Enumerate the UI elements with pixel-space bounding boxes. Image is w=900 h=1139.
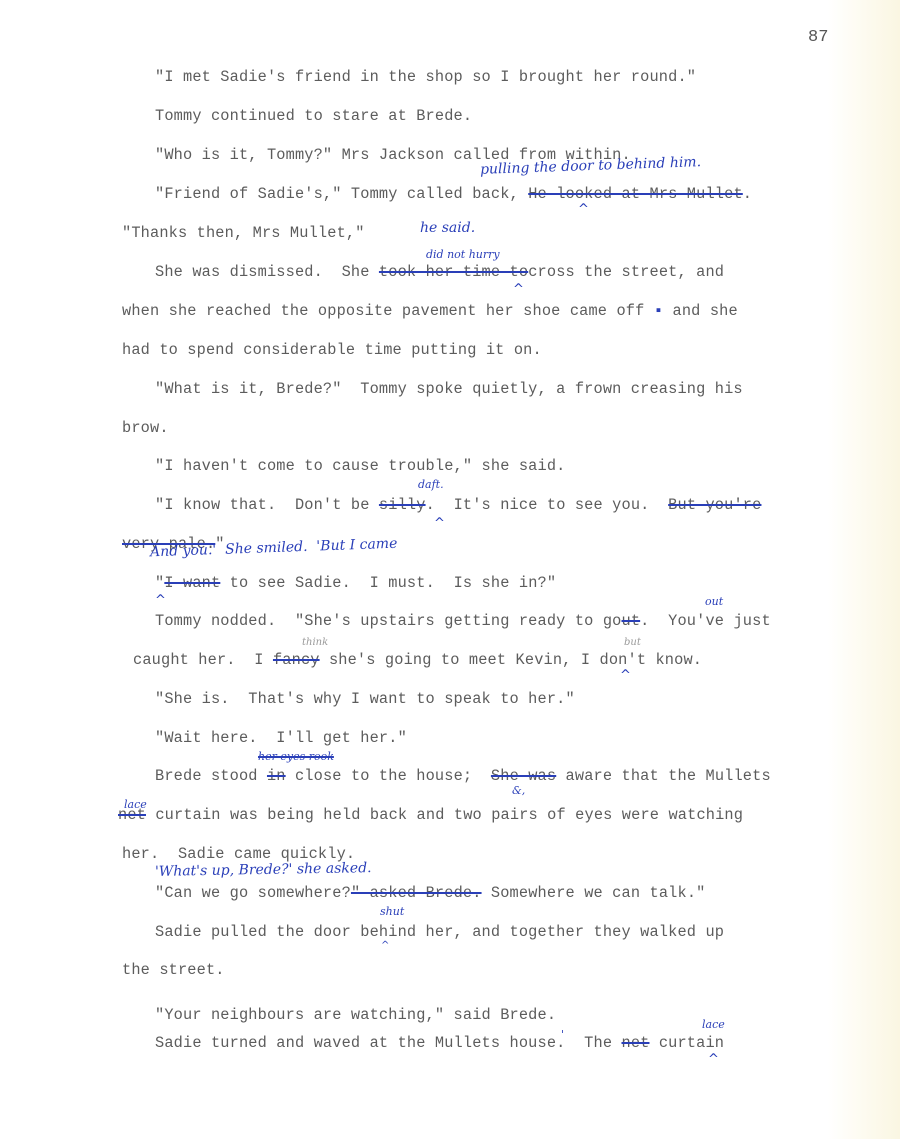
- typed-text: "She is. That's why I want to speak to h…: [155, 690, 575, 708]
- typed-text: cross the street, and: [528, 263, 724, 281]
- typed-text: had to spend considerable time putting i…: [122, 341, 542, 359]
- struck-text: I want: [164, 574, 220, 592]
- insertion-caret-icon: ^: [578, 202, 589, 217]
- typed-text: "Friend of Sadie's," Tommy called back,: [155, 185, 519, 203]
- handwritten-insertion: but: [624, 637, 641, 648]
- text-line: brow.: [122, 419, 169, 437]
- insertion-caret-icon: ^: [513, 282, 524, 297]
- typed-text: Tommy continued to stare at Brede.: [155, 107, 472, 125]
- typed-text: when she reached the opposite pavement h…: [122, 302, 644, 320]
- text-line: had to spend considerable time putting i…: [122, 341, 542, 359]
- insertion-caret-icon: ^: [381, 940, 389, 951]
- typed-text: . It's nice to see you.: [426, 496, 669, 514]
- typed-text: "What is it, Brede?" Tommy spoke quietly…: [155, 380, 743, 398]
- typed-text: Somewhere we can talk.": [482, 884, 706, 902]
- text-line: "What is it, Brede?" Tommy spoke quietly…: [155, 380, 743, 398]
- text-line: when she reached the opposite pavement h…: [122, 302, 738, 320]
- page-number: 87: [808, 28, 828, 47]
- struck-text: She was: [491, 767, 556, 785]
- handwritten-struck-insertion: her eyes rook: [258, 750, 334, 763]
- text-line: "Wait here. I'll get her.": [155, 729, 407, 747]
- text-line: Sadie turned and waved at the Mullets ho…: [155, 1034, 724, 1052]
- typed-text: Brede stood: [155, 767, 267, 785]
- text-line: She was dismissed. She took her time toc…: [155, 263, 724, 281]
- text-line: Tommy nodded. "She's upstairs getting re…: [155, 612, 771, 630]
- typed-text: Tommy nodded. "She's upstairs getting re…: [155, 612, 621, 630]
- typed-text: to see Sadie. I must. Is she in?": [220, 574, 556, 592]
- typed-text: ": [155, 574, 164, 592]
- text-line: Brede stood in close to the house; She w…: [155, 767, 771, 785]
- text-line: Tommy continued to stare at Brede.: [155, 107, 472, 125]
- handwritten-insertion: shut: [380, 905, 404, 918]
- typed-text: "I met Sadie's friend in the shop so I b…: [155, 68, 696, 86]
- struck-text: But you're: [668, 496, 761, 514]
- text-line: the street.: [122, 961, 225, 979]
- insertion-caret-icon: ^: [620, 668, 631, 683]
- typed-text: brow.: [122, 419, 169, 437]
- text-line: "Can we go somewhere?" asked Brede. Some…: [155, 884, 705, 902]
- text-line: "I met Sadie's friend in the shop so I b…: [155, 68, 696, 86]
- typed-text: She was dismissed. She: [155, 263, 379, 281]
- typed-text: "Thanks then, Mrs Mullet,": [122, 224, 365, 242]
- typed-text: "Can we go somewhere?: [155, 884, 351, 902]
- typed-text: "I know that. Don't be: [155, 496, 379, 514]
- insertion-caret-icon: ^: [708, 1052, 719, 1067]
- text-line: "Thanks then, Mrs Mullet,": [122, 224, 365, 242]
- typed-text: curtain: [649, 1034, 724, 1052]
- typed-text: she's going to meet Kevin, I don't know.: [320, 651, 703, 669]
- handwritten-insertion: &,: [512, 784, 525, 797]
- text-line: "She is. That's why I want to speak to h…: [155, 690, 575, 708]
- struck-text: He looked at Mrs Mullet: [528, 185, 743, 203]
- typed-text: close to the house;: [286, 767, 491, 785]
- handwritten-insertion: lace: [702, 1018, 725, 1031]
- handwritten-insertion: 'What's up, Brede?' she asked.: [155, 860, 372, 880]
- typed-text: Sadie pulled the door behind her, and to…: [155, 923, 724, 941]
- typed-text: "I haven't come to cause trouble," she s…: [155, 457, 566, 475]
- text-line: net curtain was being held back and two …: [118, 806, 743, 824]
- typed-text: "Your neighbours are watching," said Bre…: [155, 1006, 556, 1024]
- struck-text: silly: [379, 496, 426, 514]
- typed-text: caught her. I: [133, 651, 273, 669]
- handwritten-insertion: he said.: [420, 220, 475, 236]
- typed-text: .: [743, 185, 752, 203]
- text-line: "Your neighbours are watching," said Bre…: [155, 1006, 556, 1024]
- typed-text: and she: [673, 302, 738, 320]
- typed-text: the street.: [122, 961, 225, 979]
- insertion-caret-icon: ^: [434, 516, 445, 531]
- typed-text: curtain was being held back and two pair…: [146, 806, 743, 824]
- struck-text: " asked Brede.: [351, 884, 482, 902]
- handwritten-insertion: think: [302, 637, 328, 648]
- struck-text: fancy: [273, 651, 320, 669]
- typed-text: . You've just: [640, 612, 771, 630]
- insertion-caret-icon: ^: [155, 593, 166, 608]
- typed-text: Sadie turned and waved at the Mullets ho…: [155, 1034, 621, 1052]
- handwritten-insertion: out: [705, 595, 723, 608]
- struck-text: in: [267, 767, 286, 785]
- text-line: caught her. I fancy she's going to meet …: [133, 651, 702, 669]
- handwritten-insertion: daft.: [418, 478, 444, 491]
- text-line: Sadie pulled the door behind her, and to…: [155, 923, 724, 941]
- typed-text: "Wait here. I'll get her.": [155, 729, 407, 747]
- typed-text: aware that the Mullets: [556, 767, 771, 785]
- handwritten-insertion: did not hurry: [426, 248, 500, 261]
- text-line: "I want to see Sadie. I must. Is she in?…: [155, 574, 556, 592]
- text-line: "I haven't come to cause trouble," she s…: [155, 457, 566, 475]
- struck-text: net: [118, 806, 146, 824]
- text-line: "Friend of Sadie's," Tommy called back, …: [155, 185, 752, 203]
- struck-text: net: [621, 1034, 649, 1052]
- text-line: "I know that. Don't be silly. It's nice …: [155, 496, 761, 514]
- struck-text: ut: [621, 612, 640, 630]
- struck-text: took her time to: [379, 263, 528, 281]
